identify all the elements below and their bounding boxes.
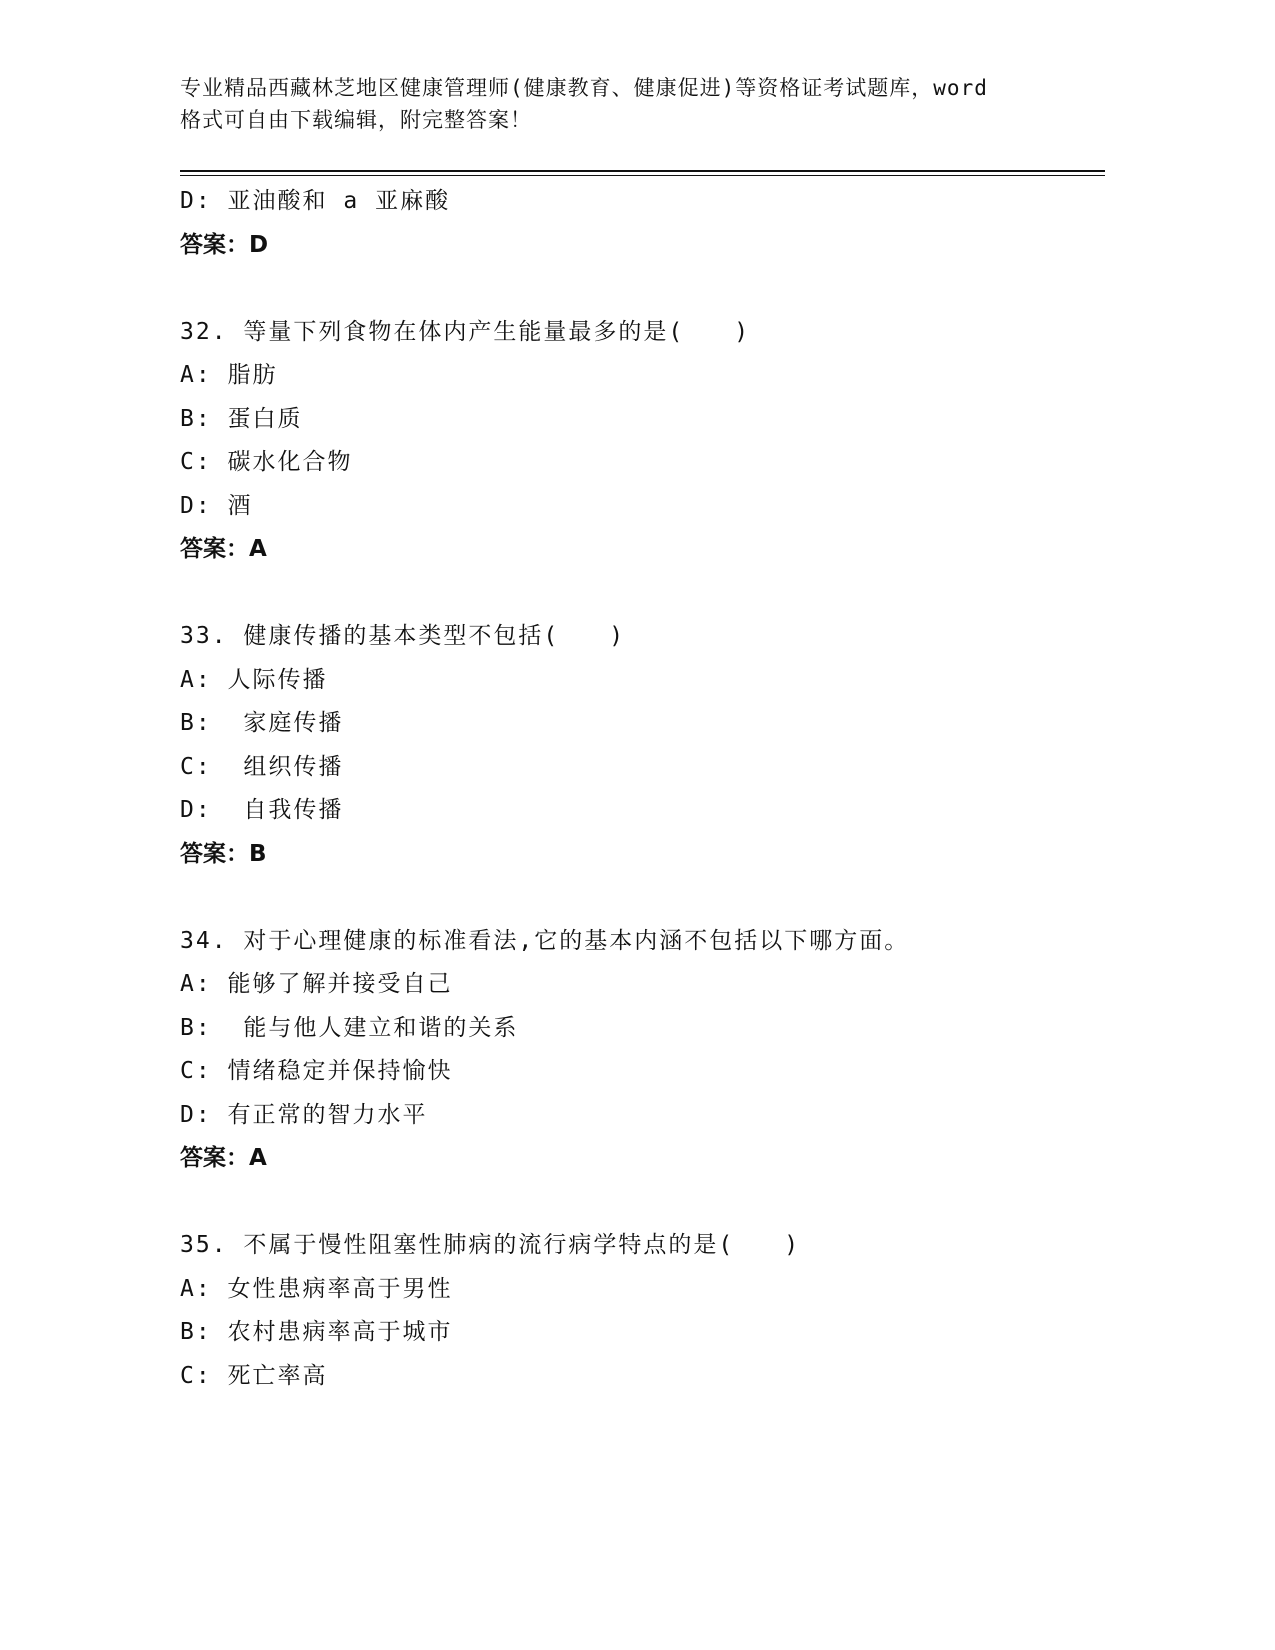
header-line-2: 格式可自由下载编辑，附完整答案！ — [180, 104, 1060, 136]
option-a: A: 女性患病率高于男性 — [180, 1268, 1105, 1312]
answer: 答案：A — [180, 1137, 1105, 1181]
option-c: C: 组织传播 — [180, 746, 1105, 790]
answer: 答案：B — [180, 833, 1105, 877]
spacer — [180, 267, 1105, 311]
option-a: A: 能够了解并接受自己 — [180, 963, 1105, 1007]
question-list: D: 亚油酸和 a 亚麻酸 答案：D 32. 等量下列食物在体内产生能量最多的是… — [180, 180, 1105, 1398]
question-stem: 34. 对于心理健康的标准看法,它的基本内涵不包括以下哪方面。 — [180, 920, 1105, 964]
spacer — [180, 876, 1105, 920]
option-c: C: 碳水化合物 — [180, 441, 1105, 485]
header-divider-thick — [180, 170, 1105, 172]
header-line-1: 专业精品西藏林芝地区健康管理师(健康教育、健康促进)等资格证考试题库，word — [180, 72, 1060, 104]
option-d: D: 亚油酸和 a 亚麻酸 — [180, 180, 1105, 224]
question-35: 35. 不属于慢性阻塞性肺病的流行病学特点的是( ) A: 女性患病率高于男性 … — [180, 1224, 1105, 1398]
question-stem: 32. 等量下列食物在体内产生能量最多的是( ) — [180, 311, 1105, 355]
option-b: B: 农村患病率高于城市 — [180, 1311, 1105, 1355]
question-34: 34. 对于心理健康的标准看法,它的基本内涵不包括以下哪方面。 A: 能够了解并… — [180, 920, 1105, 1181]
spacer — [180, 572, 1105, 616]
question-32: 32. 等量下列食物在体内产生能量最多的是( ) A: 脂肪 B: 蛋白质 C:… — [180, 311, 1105, 572]
answer: 答案：D — [180, 224, 1105, 268]
option-d: D: 自我传播 — [180, 789, 1105, 833]
answer: 答案：A — [180, 528, 1105, 572]
option-a: A: 人际传播 — [180, 659, 1105, 703]
option-b: B: 能与他人建立和谐的关系 — [180, 1007, 1105, 1051]
question-stem: 35. 不属于慢性阻塞性肺病的流行病学特点的是( ) — [180, 1224, 1105, 1268]
spacer — [180, 1181, 1105, 1225]
option-b: B: 蛋白质 — [180, 398, 1105, 442]
option-b: B: 家庭传播 — [180, 702, 1105, 746]
document-header: 专业精品西藏林芝地区健康管理师(健康教育、健康促进)等资格证考试题库，word … — [180, 72, 1060, 136]
header-divider-thin — [180, 175, 1105, 176]
question-stem: 33. 健康传播的基本类型不包括( ) — [180, 615, 1105, 659]
option-d: D: 有正常的智力水平 — [180, 1094, 1105, 1138]
option-c: C: 死亡率高 — [180, 1355, 1105, 1399]
option-d: D: 酒 — [180, 485, 1105, 529]
option-a: A: 脂肪 — [180, 354, 1105, 398]
option-c: C: 情绪稳定并保持愉快 — [180, 1050, 1105, 1094]
question-33: 33. 健康传播的基本类型不包括( ) A: 人际传播 B: 家庭传播 C: 组… — [180, 615, 1105, 876]
